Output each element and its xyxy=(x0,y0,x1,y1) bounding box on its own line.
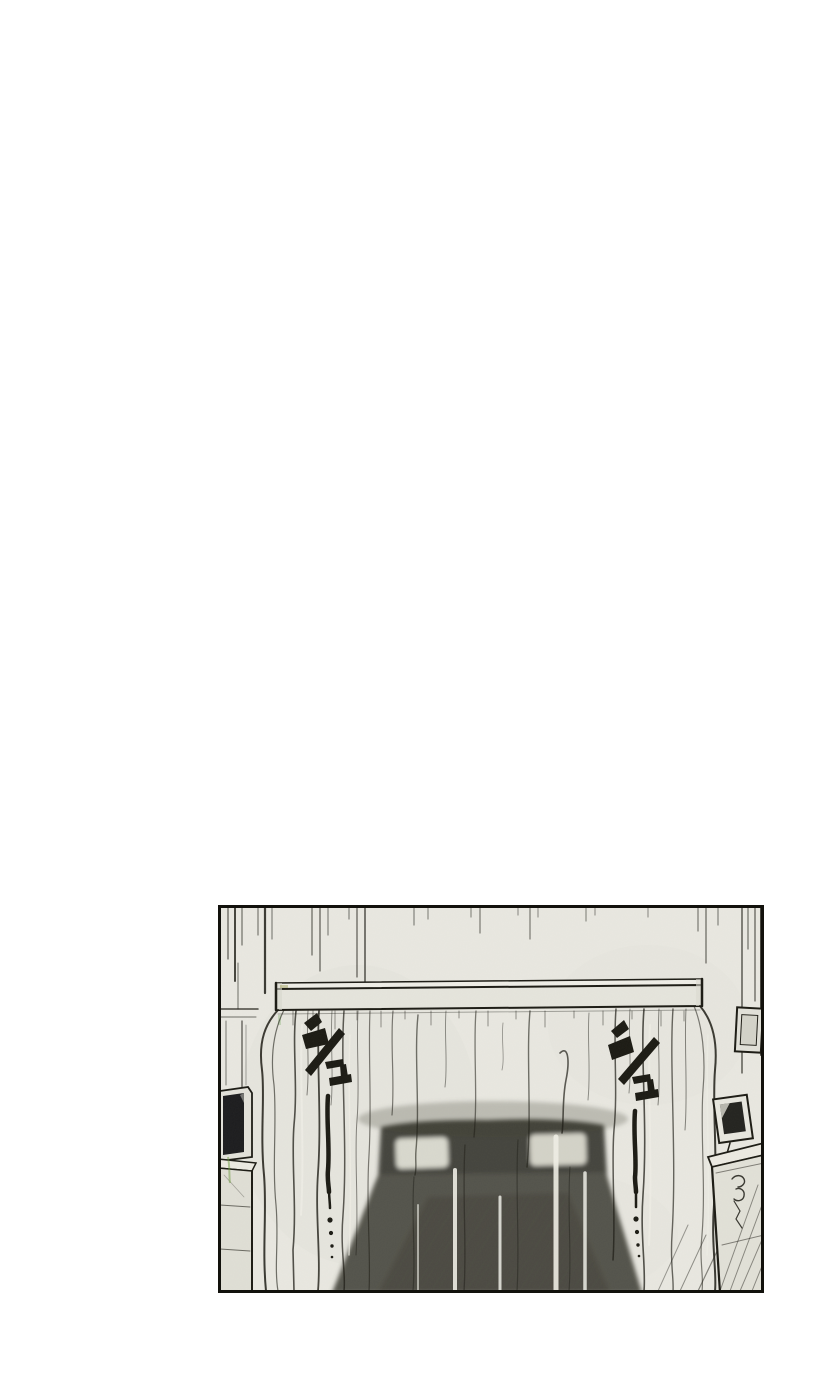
manga-page: シュー… シュー… xyxy=(0,0,822,1389)
sfx-left-text: シュー… xyxy=(0,0,1,1)
paper-grain xyxy=(218,905,764,1293)
sfx-right-text: シュー… xyxy=(0,0,1,1)
manga-panel: シュー… シュー… xyxy=(218,905,764,1293)
